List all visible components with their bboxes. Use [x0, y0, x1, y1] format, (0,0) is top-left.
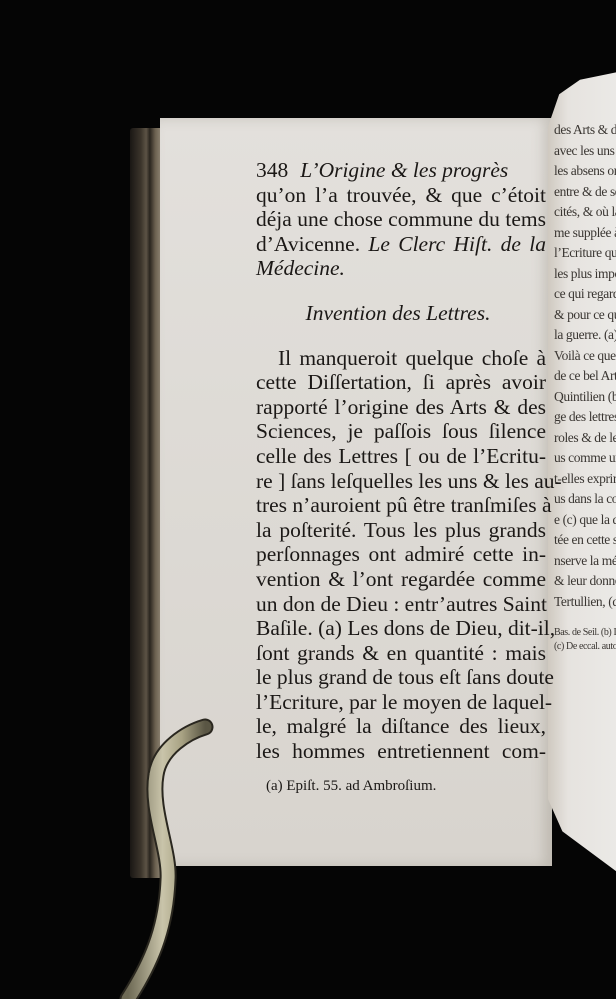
- facing-line: de ce bel Art. Pa: [554, 366, 616, 387]
- facing-line: les absens ont la com: [554, 161, 616, 182]
- facing-line: us comme un dépô: [554, 448, 616, 469]
- page-number: 348: [256, 158, 288, 183]
- text-line: déja une chose commune du tems: [256, 207, 546, 232]
- facing-footnote: (c) De eccal. autor.: [554, 640, 616, 654]
- text-line: le, malgré la diſtance des lieux,: [256, 714, 546, 739]
- text-line: l’Ecriture, par le moyen de laquel-: [256, 690, 546, 715]
- facing-page-text: des Arts & des Scie avec les uns avec le…: [554, 120, 616, 654]
- text-line: tres n’auroient pû être tranſmiſes à: [256, 493, 546, 518]
- facing-line: me supplée à son d: [554, 223, 616, 244]
- citation-italic: Le Clerc Hiſt. de la: [368, 232, 546, 256]
- text-line: Sciences, je paſſois ſous ſilence: [256, 419, 546, 444]
- facing-line: & pour ce qui re: [554, 305, 616, 326]
- text-line: ſont grands & en quantité : mais: [256, 641, 546, 666]
- facing-line: cités, & où la voix: [554, 202, 616, 223]
- facing-line: Voilà ce que les C: [554, 346, 616, 367]
- text-line: le plus grand de tous eſt ſans doute: [256, 665, 546, 690]
- text-line: qu’on l’a trouvée, & que c’étoit: [256, 183, 546, 208]
- text-line: re ] ſans leſquelles les uns & les au-: [256, 469, 546, 494]
- facing-line: Quintilien (b) dit: [554, 387, 616, 408]
- citation-plain: d’Avicenne.: [256, 232, 360, 256]
- facing-line: ge des lettres est d: [554, 407, 616, 428]
- facing-line: l’Ecriture que se t: [554, 243, 616, 264]
- facing-line: us dans la conve: [554, 489, 616, 510]
- text-line: Baſile. (a) Les dons de Dieu, dit-il,: [256, 616, 546, 641]
- text-line: rapporté l’origine des Arts & des: [256, 395, 546, 420]
- text-line: un don de Dieu : entr’autres Saint: [256, 592, 546, 617]
- text-line: cette Diſſertation, ſi après avoir: [256, 370, 546, 395]
- page-text: 348 L’Origine & les progrès qu’on l’a tr…: [256, 158, 546, 796]
- text-line: les hommes entretiennent com-: [256, 739, 546, 764]
- running-head: 348 L’Origine & les progrès: [256, 158, 546, 183]
- text-line: perſonnages ont admiré cette in-: [256, 542, 546, 567]
- facing-line: entre & de se commun: [554, 182, 616, 203]
- facing-line: nserve la mémoire: [554, 551, 616, 572]
- text-line: celle des Lettres [ ou de l’Ecritu-: [256, 444, 546, 469]
- facing-line: e (c) que la donn: [554, 510, 616, 531]
- facing-line: & leur donne l’im: [554, 571, 616, 592]
- text-line: Médecine.: [256, 256, 546, 281]
- book-photo: des Arts & des Scie avec les uns avec le…: [0, 0, 616, 999]
- text-line: vention & l’ont regardée comme: [256, 567, 546, 592]
- footnote: (a) Epiſt. 55. ad Ambroſium.: [256, 776, 546, 796]
- text-line: la poſterité. Tous les plus grands: [256, 518, 546, 543]
- facing-footnote: Bas. de Seil. (b) Lib.: [554, 626, 616, 640]
- facing-line: avec les uns avec les: [554, 141, 616, 162]
- facing-line: les plus impo: [554, 264, 616, 285]
- facing-line: tée en cette seule: [554, 530, 616, 551]
- text-line-citation: d’Avicenne. Le Clerc Hiſt. de la: [256, 232, 546, 257]
- facing-line: Tertullien, (d): [554, 592, 616, 613]
- facing-line: des Arts & des Scie: [554, 120, 616, 141]
- running-title: L’Origine & les progrès: [300, 158, 508, 183]
- facing-line: la guerre. (a): [554, 325, 616, 346]
- facing-line: roles & de les exp: [554, 428, 616, 449]
- facing-line: t-elles exprimer: [554, 469, 616, 490]
- text-line: Il manqueroit quelque choſe à: [256, 346, 546, 371]
- section-heading: Invention des Lettres.: [256, 301, 546, 326]
- facing-line: ce qui regarde: [554, 284, 616, 305]
